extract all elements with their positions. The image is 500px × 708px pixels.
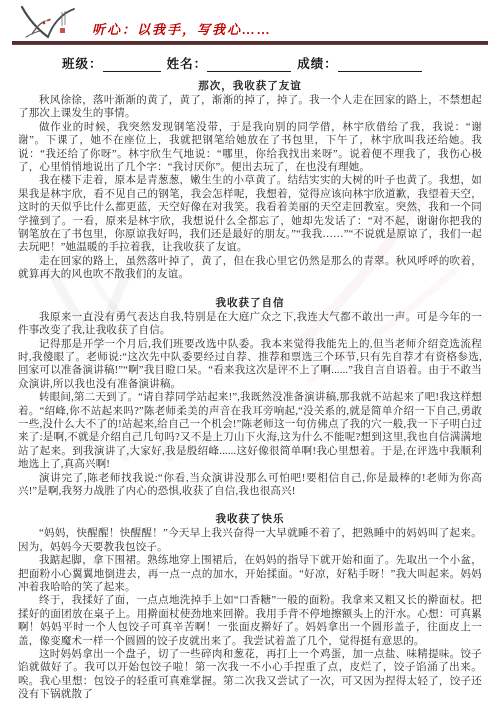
orchid-ink-logo-icon (18, 4, 88, 40)
essay-paragraph: 转眼间,第二天到了。“请自荐同学站起来!”,我既然没准备演讲稿,那我就不站起来了… (18, 391, 482, 471)
essay-paragraph: 我在楼下走着，原本是青葱葱，嫩生生的小草黄了。结结实实的大树的叶子也黄了。我想，… (18, 174, 482, 254)
essay-confidence: 我收获了自信 我原来一直没有勇气表达自我,特别是在大庭广众之下,我连大气都不敢出… (18, 295, 482, 499)
class-label: 班级： (62, 57, 103, 71)
essay-paragraph: 我踮起脚，拿下围裙。熟练地穿上围裙后，在妈妈的指导下就开始和面了。先取出一个小盆… (18, 554, 482, 594)
essay-paragraph: 我原来一直没有勇气表达自我,特别是在大庭广众之下,我连大气都不敢出一声。可是今年… (18, 311, 482, 338)
essay-title: 我收获了快乐 (18, 511, 482, 526)
name-label: 姓名： (167, 57, 208, 71)
essay-paragraph: 记得那是开学一个月后,我们班要改选中队委。我本来觉得我能先上的,但当老师介绍竞选… (18, 338, 482, 392)
page-header: 听心：以我手，写我心…… (18, 4, 482, 40)
essay-paragraph: 做作业的时候，我突然发现钢笔没带，于是我向别的同学借，林宇欣借给了我，我说：“谢… (18, 121, 482, 175)
essay-happiness: 我收获了快乐 “妈妈，快醒醒！快醒醒！”今天早上我兴奋得一大早就睡不着了，把熟睡… (18, 511, 482, 701)
essay-title: 我收获了自信 (18, 295, 482, 310)
brand-slogan: 听心：以我手，写我心…… (92, 19, 272, 40)
student-info-line: 班级： 姓名： 成绩： (62, 54, 482, 72)
score-label: 成绩： (297, 57, 338, 71)
essay-title: 那次，我收获了友谊 (18, 78, 482, 93)
essay-paragraph: 秋风徐徐，落叶渐渐的黄了，黄了，渐渐的掉了，掉了。我一个人走在回家的路上，不禁想… (18, 94, 482, 121)
class-blank (103, 60, 161, 72)
essay-paragraph: 走在回家的路上，虽然落叶掉了，黄了，但在我心里它仍然是那么的青翠。秋风呼呼的吹着… (18, 255, 482, 282)
essay-friendship: 那次，我收获了友谊 秋风徐徐，落叶渐渐的黄了，黄了，渐渐的掉了，掉了。我一个人走… (18, 78, 482, 282)
worksheet-page: 听心：以我手，写我心…… 班级： 姓名： 成绩： 那次，我收获了友谊 秋风徐徐，… (0, 0, 500, 708)
score-blank (338, 60, 422, 72)
essay-paragraph: 演讲完了,陈老师找我说:“你看,当众演讲没那么可怕吧!要相信自己,你是最棒的!老… (18, 472, 482, 499)
essay-paragraph: 终于，我揉好了面，一点点地洗掉手上如“口香糖”一般的面粉。我拿来又粗又长的擀面杖… (18, 594, 482, 648)
essay-paragraph: “妈妈，快醒醒！快醒醒！”今天早上我兴奋得一大早就睡不着了，把熟睡中的妈妈叫了起… (18, 527, 482, 554)
header-divider (12, 41, 488, 45)
essay-paragraph: 这时妈妈拿出一个盘子，切了一些碎肉和葱花，再打上一个鸡蛋，加一点盐、味精提味。饺… (18, 648, 482, 702)
name-blank (207, 60, 291, 72)
